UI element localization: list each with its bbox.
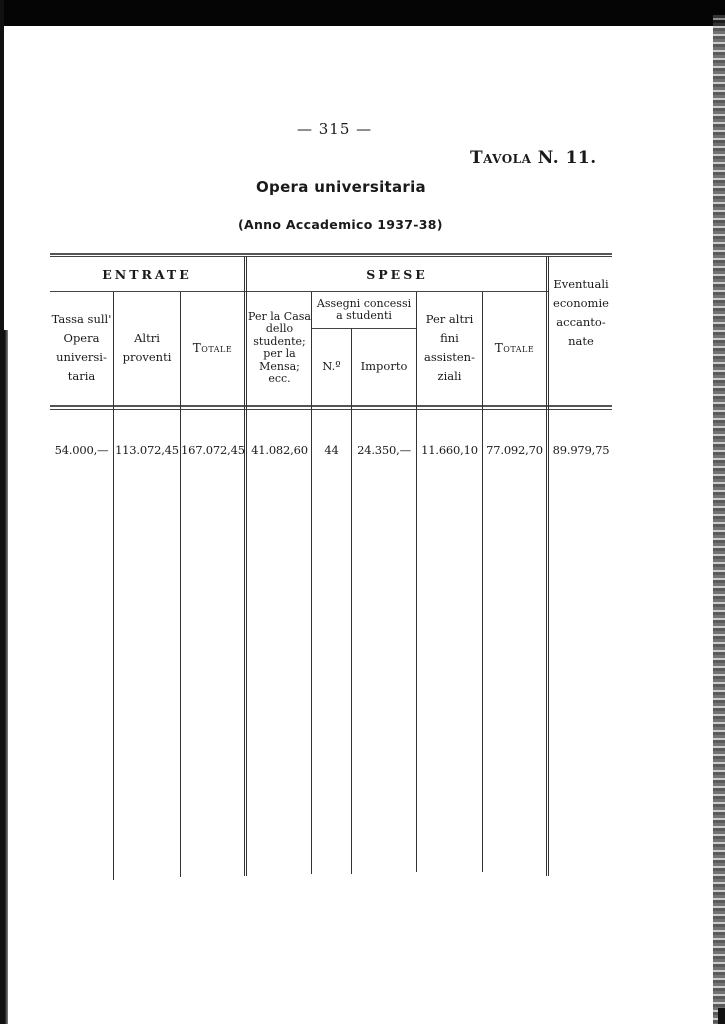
cell-assegni-importo: 24.350,— xyxy=(352,443,416,457)
header-casa-studente: Per la Casa dello studente; per la Mensa… xyxy=(248,293,311,403)
header-assegni-importo: Importo xyxy=(352,330,416,403)
scan-border-top-right xyxy=(560,0,725,24)
scan-border-left-lower xyxy=(0,330,8,1024)
page-subtitle: (Anno Accademico 1937-38) xyxy=(238,217,443,232)
group-header-rule xyxy=(50,291,548,292)
header-bottom-rule xyxy=(50,405,612,407)
scan-border-right xyxy=(713,15,725,1024)
cell-altri-fini: 11.660,10 xyxy=(417,443,482,457)
col-divider-double xyxy=(546,256,549,876)
header-economie: Eventuali economie accanto- nate xyxy=(550,258,612,368)
cell-casa-studente: 41.082,60 xyxy=(248,443,311,457)
cell-totale-spese: 77.092,70 xyxy=(483,443,546,457)
table-label: Tavola N. 11. xyxy=(470,148,597,168)
table-top-rule xyxy=(50,253,612,255)
header-group-spese: SPESE xyxy=(248,258,546,290)
header-group-entrate: ENTRATE xyxy=(50,258,244,290)
header-altri-proventi: Altri proventi xyxy=(114,293,180,403)
table-top-rule-inner xyxy=(50,256,612,257)
header-altri-fini: Per altri fini assisten- ziali xyxy=(417,293,482,403)
col-divider xyxy=(351,328,352,874)
cell-altri-proventi: 113.072,45 xyxy=(114,443,180,457)
page-number: — 315 — xyxy=(297,120,372,138)
scan-corner-mark xyxy=(718,1008,725,1024)
header-totale-entrate: Totale xyxy=(181,293,244,403)
cell-assegni-numero: 44 xyxy=(312,443,351,457)
header-assegni-group: Assegni concessi a studenti xyxy=(312,293,416,327)
header-assegni-numero: N.º xyxy=(312,330,351,403)
header-totale-spese: Totale xyxy=(483,293,546,403)
cell-tassa: 54.000,— xyxy=(50,443,113,457)
page-title: Opera universitaria xyxy=(256,178,426,196)
assegni-subheader-rule xyxy=(312,328,417,329)
col-divider-double xyxy=(244,256,247,876)
cell-economie: 89.979,75 xyxy=(550,443,612,457)
header-bottom-rule-inner xyxy=(50,409,612,410)
header-tassa: Tassa sull' Opera universi- taria xyxy=(50,293,113,403)
cell-totale-entrate: 167.072,45 xyxy=(181,443,244,457)
